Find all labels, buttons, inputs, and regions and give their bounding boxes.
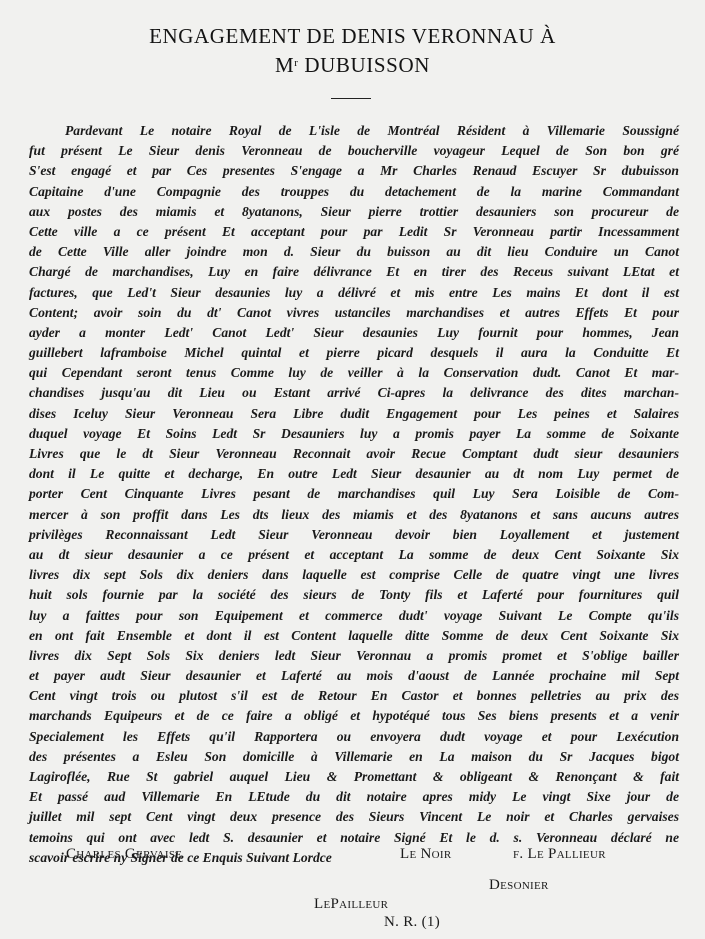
body-line: des présentes a Esleu Son domicille à Vi…: [29, 747, 679, 767]
body-line: fut présent Le Sieur denis Veronneau de …: [29, 141, 679, 161]
body-line: livres dix Sept Sols Six deniers ledt Si…: [29, 646, 679, 666]
body-line: Lagiroflée, Rue St gabriel auquel Lieu &…: [29, 767, 679, 787]
body-line: luy a faittes pour son Equipement et com…: [29, 606, 679, 626]
body-line: marchands Equipeurs et de ce faire a obl…: [29, 706, 679, 726]
body-line: duquel voyage Et Soins Ledt Sr Desaunier…: [29, 424, 679, 444]
title-prefix: M: [275, 53, 294, 77]
body-line: Content; avoir soin du dt' Canot vivres …: [29, 303, 679, 323]
body-line: de Cette Ville aller joindre mon d. Sieu…: [29, 242, 679, 262]
body-line: Et passé aud Villemarie En LEtude du dit…: [29, 787, 679, 807]
body-line: qui Cependant seront tenus Comme luy de …: [29, 363, 679, 383]
body-line: guillebert laframboise Michel quintal et…: [29, 343, 679, 363]
body-line: Capitaine d'une Compagnie des trouppes d…: [29, 182, 679, 202]
signature-lepailleur: LePailleur: [314, 896, 388, 913]
title-divider: [331, 98, 371, 99]
body-line: chandises jusqu'au dit Lieu ou Estant ar…: [29, 383, 679, 403]
body-line: porter Cent Cinquante Livres pesant de m…: [29, 484, 679, 504]
body-line: aux postes des miamis et 8yatanons, Sieu…: [29, 202, 679, 222]
deed-body: Pardevant Le notaire Royal de L'isle de …: [29, 121, 679, 868]
body-line: dises Iceluy Sieur Veronneau Sera Libre …: [29, 404, 679, 424]
document-title-line-1: ENGAGEMENT DE DENIS VERONNAU À: [0, 23, 705, 49]
signature-le-noir: Le Noir: [400, 846, 452, 863]
document-title-line-2: Mr DUBUISSON: [0, 50, 705, 78]
body-line: Chargé de marchandises, Luy en faire dél…: [29, 262, 679, 282]
body-line: temoins qui ont avec ledt S. desaunier e…: [29, 828, 679, 848]
body-line: au dt sieur desaunier a ce présent et ac…: [29, 545, 679, 565]
body-line: S'est engagé et par Ces presentes S'enga…: [29, 161, 679, 181]
body-line: Cette ville a ce présent Et acceptant po…: [29, 222, 679, 242]
signature-f-le-pallieur: f. Le Pallieur: [513, 846, 606, 863]
body-line: mercer à son proffit dans Les dts lieux …: [29, 505, 679, 525]
body-line: factures, que Led't Sieur desaunies luy …: [29, 283, 679, 303]
body-line: en ont fait Ensemble et dont il est Cont…: [29, 626, 679, 646]
signature-desonier: Desonier: [489, 877, 549, 894]
body-line: Specialement les Effets qu'il Rapportera…: [29, 727, 679, 747]
body-line: Pardevant Le notaire Royal de L'isle de …: [29, 121, 679, 141]
body-line: livres dix sept Sols dix deniers dans la…: [29, 565, 679, 585]
body-line: Cent vingt trois ou plutost s'il est de …: [29, 686, 679, 706]
body-line: ayder a monter Ledt' Canot Ledt' Sieur d…: [29, 323, 679, 343]
signature-nr-footnote: N. R. (1): [384, 914, 440, 931]
title-rest: DUBUISSON: [299, 53, 430, 77]
body-line: juillet mil sept Cent vingt deux presenc…: [29, 807, 679, 827]
document-page: ENGAGEMENT DE DENIS VERONNAU À Mr DUBUIS…: [0, 0, 705, 939]
body-line: privilèges Reconnaissant Ledt Sieur Vero…: [29, 525, 679, 545]
signature-charles-gervaise: Charles Gervaise: [66, 846, 182, 863]
body-line: dont il Le quitte et decharge, En outre …: [29, 464, 679, 484]
body-line: huit sols fournie par la société des sie…: [29, 585, 679, 605]
body-line: Livres que le dt Sieur Veronneau Reconna…: [29, 444, 679, 464]
body-line: et payer audt Sieur desaunier et Laferté…: [29, 666, 679, 686]
